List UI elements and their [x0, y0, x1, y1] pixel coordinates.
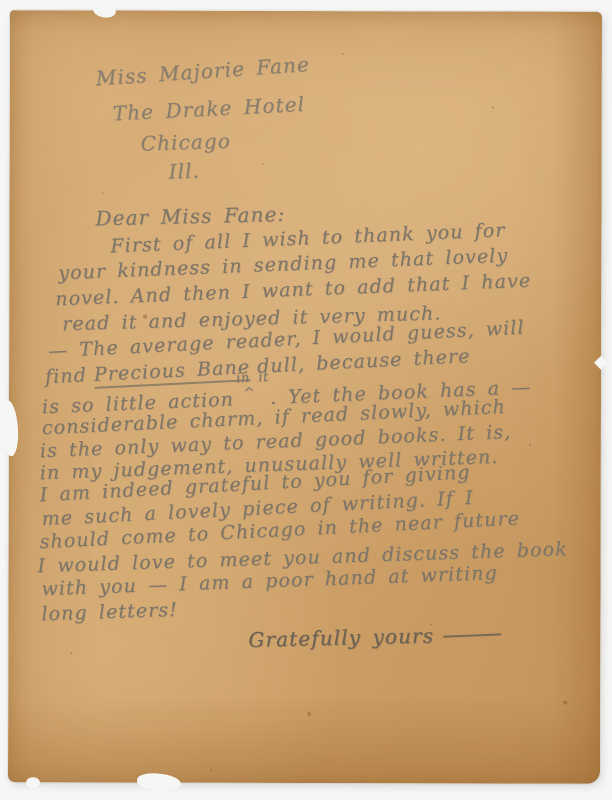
recipient-state: Ill. — [168, 159, 200, 184]
body-line: long letters! — [41, 599, 178, 625]
closing-signature: Gratefully yours — [248, 622, 501, 652]
caret-mark: ^ — [243, 386, 256, 401]
handwritten-text: Miss Majorie Fane The Drake Hotel Chicag… — [8, 10, 602, 784]
inserted-words: in it — [236, 370, 269, 386]
salutation: Dear Miss Fane: — [95, 202, 285, 230]
signature-flourish — [443, 633, 501, 637]
book-title-underlined: Precious Bane — [93, 356, 250, 389]
closing-text: Gratefully yours — [248, 623, 434, 651]
letter-scan: Miss Majorie Fane The Drake Hotel Chicag… — [0, 0, 612, 800]
body-text: find — [45, 364, 88, 388]
caret-insertion: in it^ — [233, 385, 270, 405]
recipient-name: Miss Majorie Fane — [95, 52, 311, 90]
recipient-hotel: The Drake Hotel — [112, 92, 305, 126]
letter-paper: Miss Majorie Fane The Drake Hotel Chicag… — [8, 10, 602, 784]
recipient-city: Chicago — [140, 129, 231, 156]
